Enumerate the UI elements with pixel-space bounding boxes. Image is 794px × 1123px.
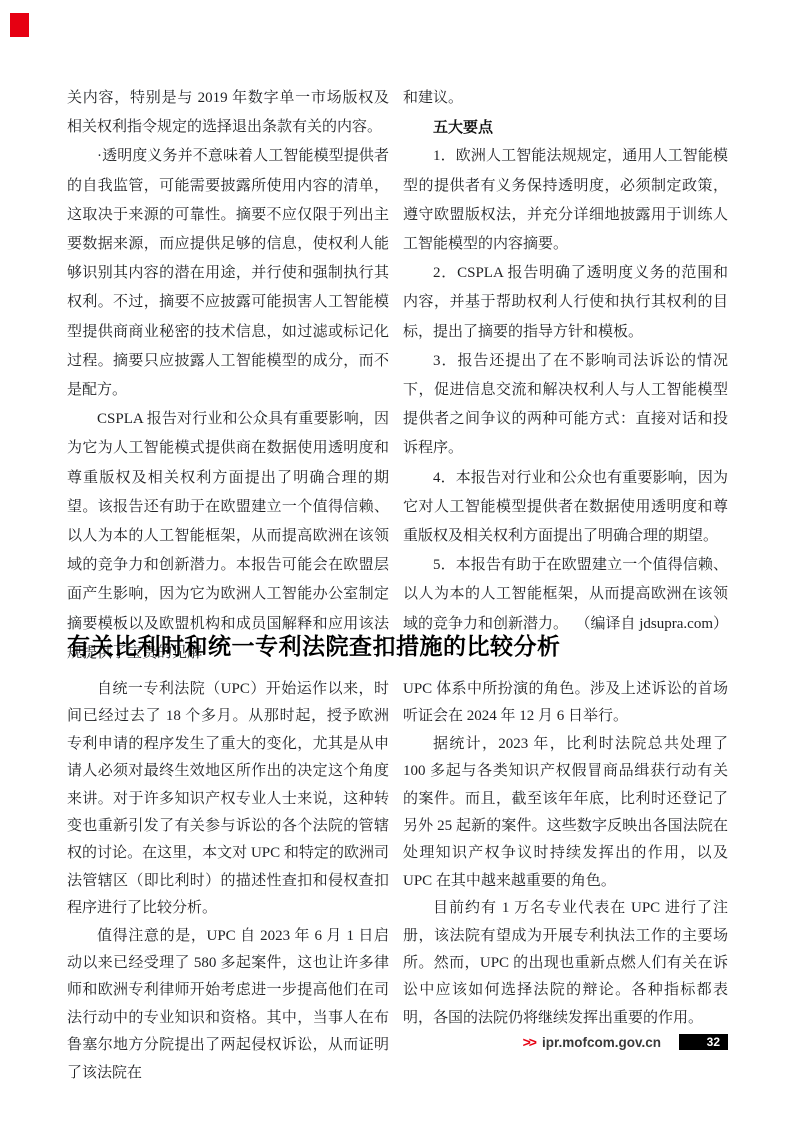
paragraph-continuation: 关内容，特别是与 2019 年数字单一市场版权及相关权利指令规定的选择退出条款有…	[67, 84, 389, 142]
paragraph-continuation: UPC 体系中所扮演的角色。涉及上述诉讼的首场听证会在 2024 年 12 月 …	[403, 676, 728, 731]
article2-title: 有关比利时和统一专利法院查扣措施的比较分析	[67, 628, 727, 661]
list-item-1: 1．欧洲人工智能法规规定，通用人工智能模型的提供者有义务保持透明度，必须制定政策…	[403, 142, 728, 259]
paragraph: 目前约有 1 万名专业代表在 UPC 进行了注册，该法院有望成为开展专利执法工作…	[403, 895, 728, 1032]
article1-right-column: 和建议。 五大要点 1．欧洲人工智能法规规定，通用人工智能模型的提供者有义务保持…	[403, 84, 728, 639]
list-item-4: 4．本报告对行业和公众也有重要影响，因为它对人工智能模型提供者在数据使用透明度和…	[403, 464, 728, 552]
page-footer: >> ipr.mofcom.gov.cn 32	[523, 1033, 728, 1051]
subheading-five-key-points: 五大要点	[403, 113, 728, 142]
paragraph: 自统一专利法院（UPC）开始运作以来，时间已经过去了 18 个多月。从那时起，授…	[67, 676, 389, 923]
article2-right-column: UPC 体系中所扮演的角色。涉及上述诉讼的首场听证会在 2024 年 12 月 …	[403, 676, 728, 1032]
footer-site-url: ipr.mofcom.gov.cn	[542, 1035, 661, 1050]
paragraph-continuation: 和建议。	[403, 84, 728, 113]
page-number-badge: 32	[679, 1034, 728, 1050]
article2-left-column: 自统一专利法院（UPC）开始运作以来，时间已经过去了 18 个多月。从那时起，授…	[67, 676, 389, 1087]
double-chevron-right-icon: >>	[523, 1034, 535, 1050]
list-item-5: 5．本报告有助于在欧盟建立一个值得信赖、以人为本的人工智能框架，从而提高欧洲在该…	[403, 551, 728, 639]
paragraph: 值得注意的是，UPC 自 2023 年 6 月 1 日启动以来已经受理了 580…	[67, 923, 389, 1087]
article1-left-column: 关内容，特别是与 2019 年数字单一市场版权及相关权利指令规定的选择退出条款有…	[67, 84, 389, 668]
list-item-2: 2．CSPLA 报告明确了透明度义务的范围和内容，并基于帮助权利人行使和执行其权…	[403, 259, 728, 347]
red-corner-mark	[10, 13, 29, 37]
paragraph: 据统计，2023 年，比利时法院总共处理了 100 多起与各类知识产权假冒商品缉…	[403, 731, 728, 895]
bullet-paragraph: ·透明度义务并不意味着人工智能模型提供者的自我监管，可能需要披露所使用内容的清单…	[67, 142, 389, 405]
list-item-3: 3．报告还提出了在不影响司法诉讼的情况下，促进信息交流和解决权利人与人工智能模型…	[403, 347, 728, 464]
